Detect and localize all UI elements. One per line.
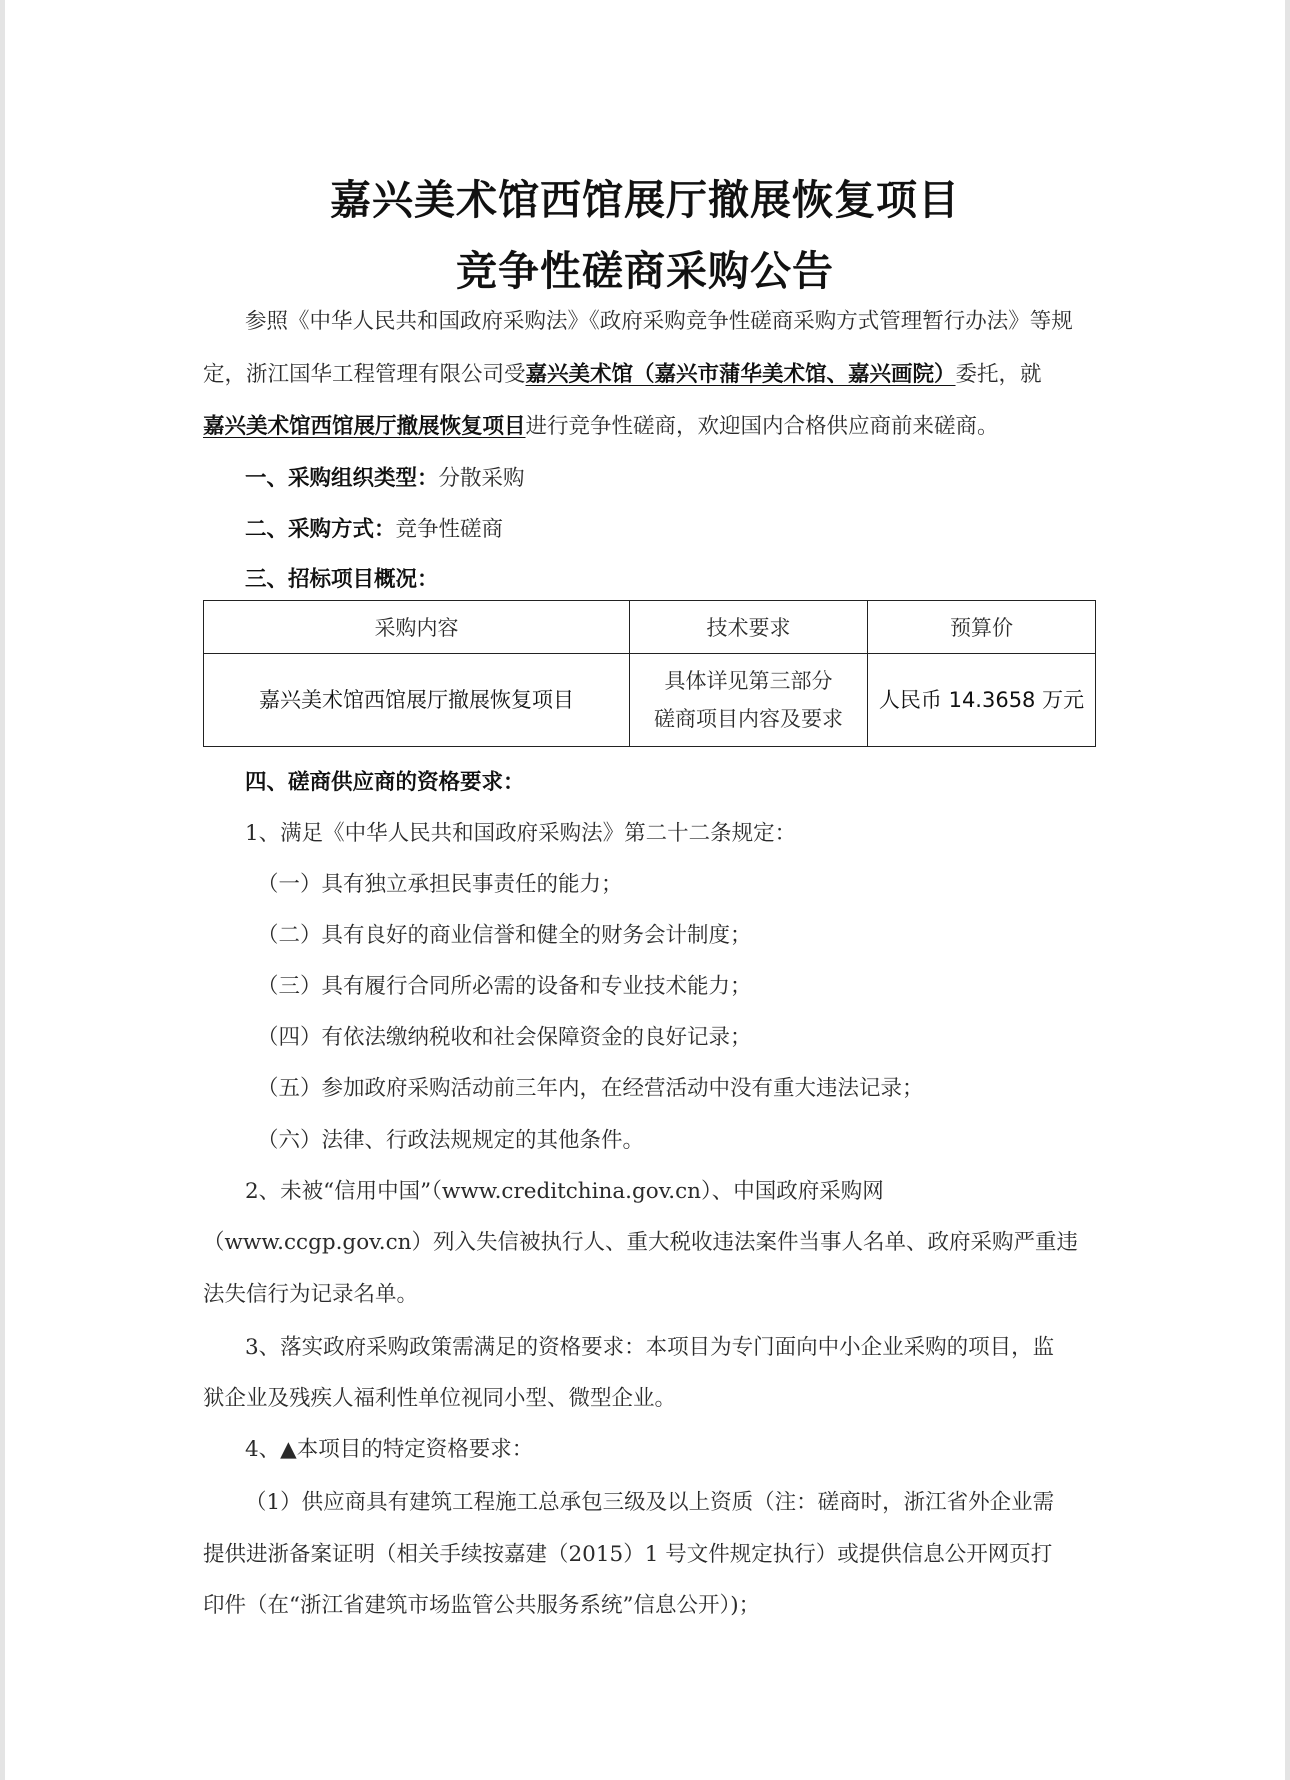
qualification-item-4: 4、▲本项目的特定资格要求： xyxy=(245,1435,533,1465)
qualification-item-4-1-line2: 提供进浙备案证明（相关手续按嘉建（2015）1 号文件规定执行）或提供信息公开网… xyxy=(203,1540,1052,1570)
sub-item: （五）参加政府采购活动前三年内，在经营活动中没有重大违法记录； xyxy=(257,1074,924,1104)
document-page: 嘉兴美术馆西馆展厅撤展恢复项目 竞争性磋商采购公告 参照《中华人民共和国政府采购… xyxy=(5,0,1285,1780)
tech-line2: 磋商项目内容及要求 xyxy=(634,700,863,738)
qualification-item-3-line1: 3、落实政府采购政策需满足的资格要求：本项目为专门面向中小企业采购的项目，监 xyxy=(245,1333,1054,1363)
client-name: 嘉兴美术馆（嘉兴市蒲华美术馆、嘉兴画院） xyxy=(526,362,956,387)
section-value: 分散采购 xyxy=(439,466,525,491)
tech-line1: 具体详见第三部分 xyxy=(634,662,863,700)
qualification-item-2-line2: （www.ccgp.gov.cn）列入失信被执行人、重大税收违法案件当事人名单、… xyxy=(203,1228,1078,1258)
intro-line3: 嘉兴美术馆西馆展厅撤展恢复项目进行竞争性磋商，欢迎国内合格供应商前来磋商。 xyxy=(203,412,999,442)
intro-line1: 参照《中华人民共和国政府采购法》《政府采购竞争性磋商采购方式管理暂行办法》等规 xyxy=(245,307,1073,337)
sub-item: （六）法律、行政法规规定的其他条件。 xyxy=(257,1126,644,1156)
qualification-item-4-1-line3: 印件（在“浙江省建筑市场监管公共服务系统”信息公开）)； xyxy=(203,1591,760,1621)
qualification-item-2-line1: 2、未被“信用中国”（www.creditchina.gov.cn）、中国政府采… xyxy=(245,1177,884,1207)
intro-line2-prefix: 定，浙江国华工程管理有限公司受 xyxy=(203,362,526,387)
section-qualifications: 四、磋商供应商的资格要求： xyxy=(245,768,525,798)
table-cell-tech: 具体详见第三部分 磋商项目内容及要求 xyxy=(629,654,867,747)
section-project-overview: 三、招标项目概况： xyxy=(245,565,439,595)
section-procurement-type: 一、采购组织类型：分散采购 xyxy=(245,464,525,494)
sub-item: （三）具有履行合同所必需的设备和专业技术能力； xyxy=(257,972,752,1002)
table-row: 嘉兴美术馆西馆展厅撤展恢复项目 具体详见第三部分 磋商项目内容及要求 人民币 1… xyxy=(204,654,1096,747)
table-cell-budget: 人民币 14.3658 万元 xyxy=(868,654,1096,747)
qualification-item-1: 1、满足《中华人民共和国政府采购法》第二十二条规定： xyxy=(245,819,796,849)
project-overview-table: 采购内容 技术要求 预算价 嘉兴美术馆西馆展厅撤展恢复项目 具体详见第三部分 磋… xyxy=(203,600,1096,747)
qualification-item-4-1-line1: （1）供应商具有建筑工程施工总承包三级及以上资质（注：磋商时，浙江省外企业需 xyxy=(245,1488,1054,1518)
document-title-line1: 嘉兴美术馆西馆展厅撤展恢复项目 xyxy=(5,167,1285,226)
section-heading: 三、招标项目概况： xyxy=(245,567,439,592)
table-header-row: 采购内容 技术要求 预算价 xyxy=(204,601,1096,654)
table-header-budget: 预算价 xyxy=(868,601,1096,654)
section-value: 竞争性磋商 xyxy=(396,517,504,542)
sub-item: （一）具有独立承担民事责任的能力； xyxy=(257,870,623,900)
section-heading: 二、采购方式： xyxy=(245,517,396,542)
section-procurement-method: 二、采购方式：竞争性磋商 xyxy=(245,515,503,545)
section-heading: 一、采购组织类型： xyxy=(245,466,439,491)
document-title-line2: 竞争性磋商采购公告 xyxy=(5,238,1285,297)
sub-item: （二）具有良好的商业信誉和健全的财务会计制度； xyxy=(257,921,752,951)
intro-line3-suffix: 进行竞争性磋商，欢迎国内合格供应商前来磋商。 xyxy=(526,414,999,439)
section-heading: 四、磋商供应商的资格要求： xyxy=(245,770,525,795)
table-header-content: 采购内容 xyxy=(204,601,630,654)
intro-line2: 定，浙江国华工程管理有限公司受嘉兴美术馆（嘉兴市蒲华美术馆、嘉兴画院）委托，就 xyxy=(203,360,1042,390)
qualification-item-2-line3: 法失信行为记录名单。 xyxy=(203,1280,418,1310)
qualification-item-3-line2: 狱企业及残疾人福利性单位视同小型、微型企业。 xyxy=(203,1384,676,1414)
table-cell-content: 嘉兴美术馆西馆展厅撤展恢复项目 xyxy=(204,654,630,747)
intro-line2-suffix: 委托，就 xyxy=(956,362,1042,387)
table-header-tech: 技术要求 xyxy=(629,601,867,654)
sub-item: （四）有依法缴纳税收和社会保障资金的良好记录； xyxy=(257,1023,752,1053)
project-name: 嘉兴美术馆西馆展厅撤展恢复项目 xyxy=(203,414,526,439)
